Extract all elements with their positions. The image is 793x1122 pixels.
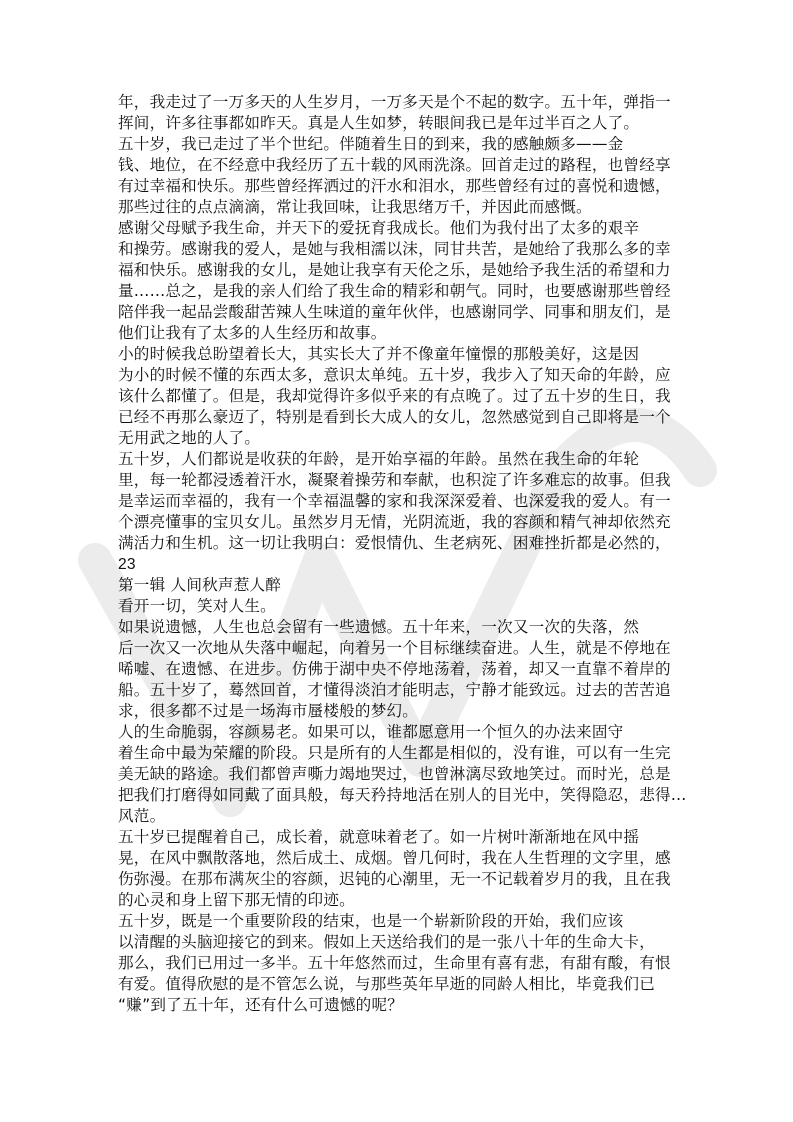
text-line: 年，我走过了一万多天的人生岁月，一万多天是个不起的数字。五十年，弹指一: [118, 92, 678, 113]
text-line: 唏嘘、在遗憾、在进步。仿佛于湖中央不停地荡着，荡着，却又一直靠不着岸的: [118, 659, 678, 680]
text-line: 人的生命脆弱，容颜易老。如果可以，谁都愿意用一个恒久的办法来固守: [118, 722, 678, 743]
text-line: 五十岁，人们都说是收获的年龄，是开始享福的年龄。虽然在我生命的年轮: [118, 449, 678, 470]
document-body: 年，我走过了一万多天的人生岁月，一万多天是个不起的数字。五十年，弹指一 挥间，许…: [118, 92, 678, 1016]
text-line: 后一次又一次地从失落中崛起，向着另一个目标继续奋进。人生，就是不停地在: [118, 638, 678, 659]
text-line: 有过幸福和快乐。那些曾经挥洒过的汗水和泪水，那些曾经有过的喜悦和遗憾，: [118, 176, 678, 197]
text-line: 已经不再那么豪迈了，特别是看到长大成人的女儿，忽然感觉到自己即将是一个: [118, 407, 678, 428]
text-line: 为小的时候不懂的东西太多，意识太单纯。五十岁，我步入了知天命的年龄，应: [118, 365, 678, 386]
text-line: 五十岁，我已走过了半个世纪。伴随着生日的到来，我的感触颇多——金: [118, 134, 678, 155]
text-line: 风范。: [118, 806, 678, 827]
text-line: “赚”到了五十年，还有什么可遗憾的呢？: [118, 995, 678, 1016]
text-line: 里，每一轮都浸透着汗水，凝聚着操劳和奉献，也积淀了许多难忘的故事。但我: [118, 470, 678, 491]
text-line: 如果说遗憾，人生也总会留有一些遗憾。五十年来，一次又一次的失落，然: [118, 617, 678, 638]
text-line: 那些过往的点点滴滴，常让我回味，让我思绪万千，并因此而感慨。: [118, 197, 678, 218]
document-page: 年，我走过了一万多天的人生岁月，一万多天是个不起的数字。五十年，弹指一 挥间，许…: [0, 0, 793, 1122]
text-line: 和操劳。感谢我的爱人，是她与我相濡以沫，同甘共苦，是她给了我那么多的幸: [118, 239, 678, 260]
text-line: 以清醒的头脑迎接它的到来。假如上天送给我们的是一张八十年的生命大卡，: [118, 932, 678, 953]
text-line: 美无缺的路途。我们都曾声嘶力竭地哭过，也曾淋漓尽致地笑过。而时光，总是: [118, 764, 678, 785]
text-line: 钱、地位，在不经意中我经历了五十载的风雨洗涤。回首走过的路程，也曾经享: [118, 155, 678, 176]
text-line: 满活力和生机。这一切让我明白：爱恨情仇、生老病死、困难挫折都是必然的，: [118, 533, 678, 554]
text-line: 看开一切，笑对人生。: [118, 596, 678, 617]
text-line: 五十岁已提醒着自己，成长着，就意味着老了。如一片树叶渐渐地在风中摇: [118, 827, 678, 848]
text-line: 晃，在风中飘散落地，然后成土、成烟。曾几何时，我在人生哲理的文字里，感: [118, 848, 678, 869]
text-line: 福和快乐。感谢我的女儿，是她让我享有天伦之乐，是她给予我生活的希望和力: [118, 260, 678, 281]
text-line: 他们让我有了太多的人生经历和故事。: [118, 323, 678, 344]
text-line: 五十岁，既是一个重要阶段的结束，也是一个崭新阶段的开始，我们应该: [118, 911, 678, 932]
text-line: 感谢父母赋予我生命，并天下的爱抚育我成长。他们为我付出了太多的艰辛: [118, 218, 678, 239]
text-line: 是幸运而幸福的，我有一个幸福温馨的家和我深深爱着、也深爱我的爱人。有一: [118, 491, 678, 512]
text-line: 小的时候我总盼望着长大，其实长大了并不像童年憧憬的那般美好，这是因: [118, 344, 678, 365]
page-number: 23: [118, 554, 678, 575]
text-line: 量……总之，是我的亲人们给了我生命的精彩和朝气。同时，也要感谢那些曾经: [118, 281, 678, 302]
text-line: 着生命中最为荣耀的阶段。只是所有的人生都是相似的，没有谁，可以有一生完: [118, 743, 678, 764]
text-line: 挥间，许多往事都如昨天。真是人生如梦，转眼间我已是年过半百之人了。: [118, 113, 678, 134]
text-line: 的心灵和身上留下那无情的印迹。: [118, 890, 678, 911]
text-line: 无用武之地的人了。: [118, 428, 678, 449]
text-line: 船。五十岁了，蓦然回首，才懂得淡泊才能明志，宁静才能致远。过去的苦苦追: [118, 680, 678, 701]
text-line: 陪伴我一起品尝酸甜苦辣人生味道的童年伙伴，也感谢同学、同事和朋友们，是: [118, 302, 678, 323]
text-line: 个漂亮懂事的宝贝女儿。虽然岁月无情，光阴流逝，我的容颜和精气神却依然充: [118, 512, 678, 533]
section-title: 第一辑 人间秋声惹人醉: [118, 575, 678, 596]
text-line: 那么，我们已用过一多半。五十年悠然而过，生命里有喜有悲，有甜有酸，有恨: [118, 953, 678, 974]
text-line: 有爱。值得欣慰的是不管怎么说，与那些英年早逝的同龄人相比，毕竟我们已: [118, 974, 678, 995]
text-line: 把我们打磨得如同戴了面具般，每天矜持地活在别人的目光中，笑得隐忍，悲得…: [118, 785, 678, 806]
text-line: 伤弥漫。在那布满灰尘的容颜，迟钝的心潮里，无一不记载着岁月的我，且在我: [118, 869, 678, 890]
text-line: 该什么都懂了。但是，我却觉得许多似乎来的有点晚了。过了五十岁的生日，我: [118, 386, 678, 407]
text-line: 求，很多都不过是一场海市蜃楼般的梦幻。: [118, 701, 678, 722]
